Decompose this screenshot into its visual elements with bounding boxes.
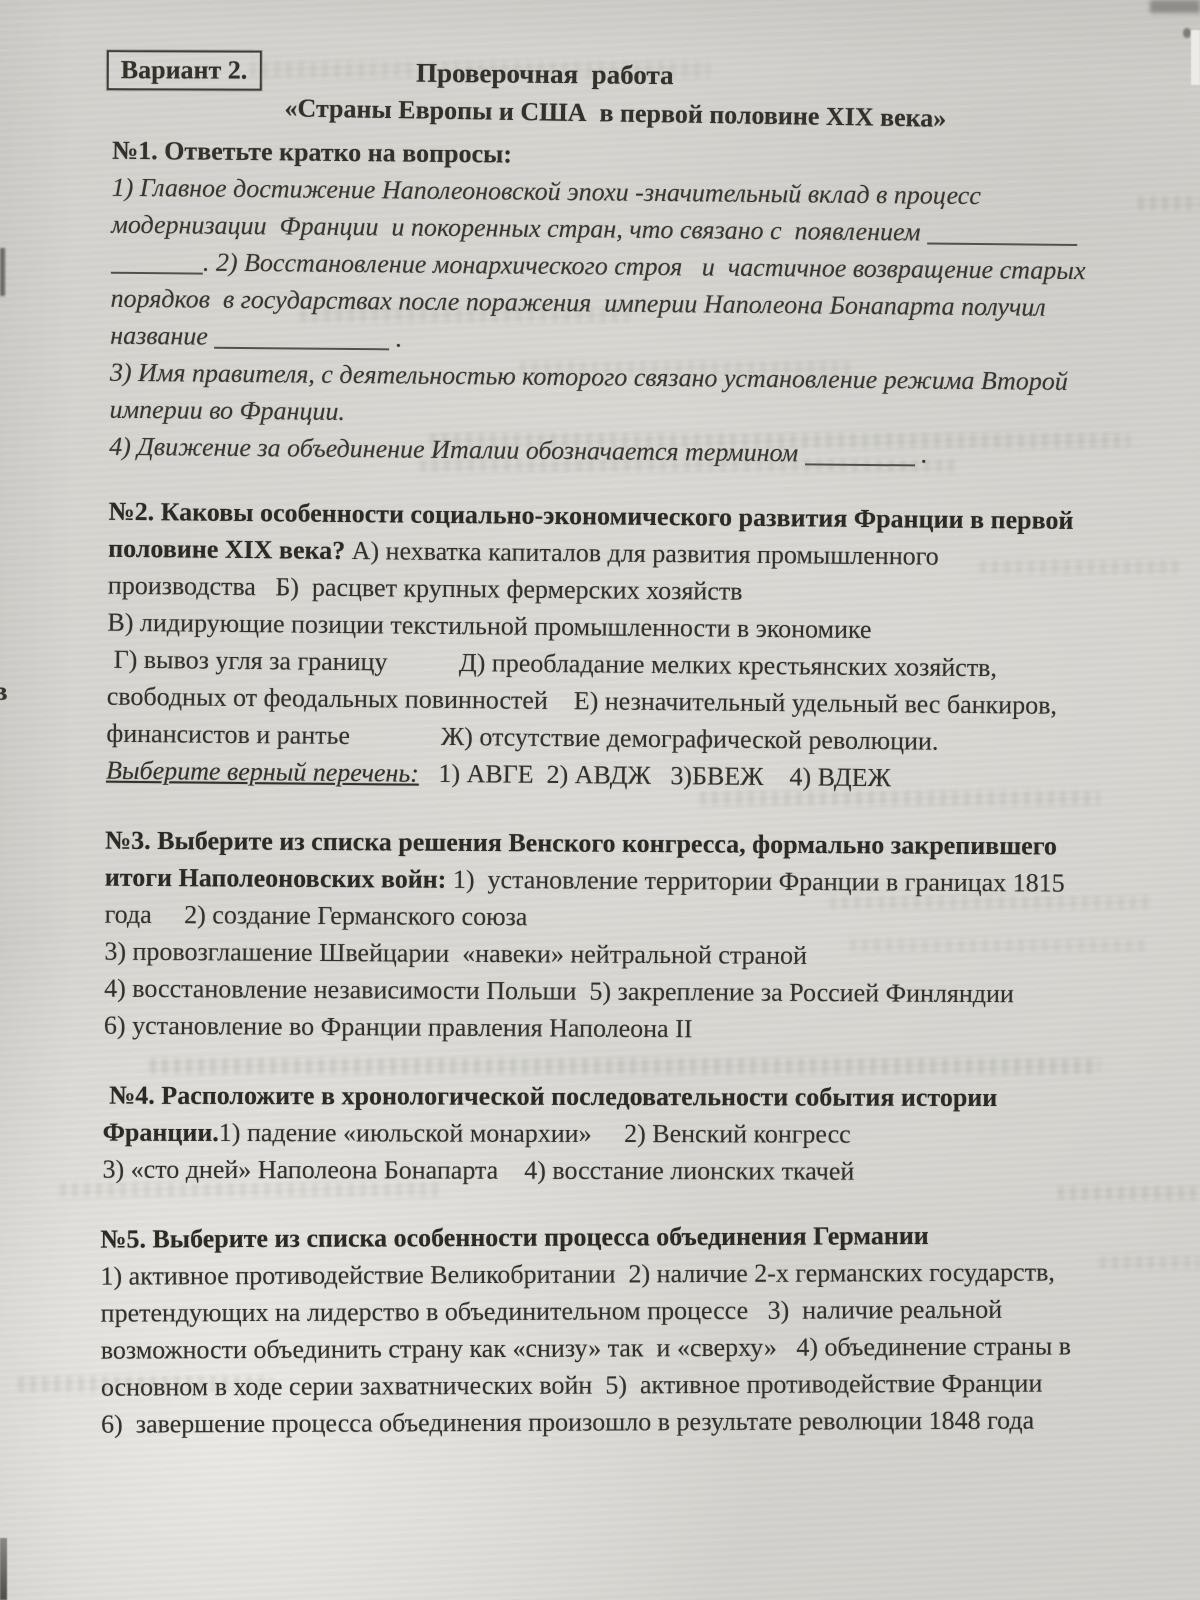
top-right-speck [1183,28,1191,38]
q5-item-line: 1) активное противодействие Великобритан… [100,1253,1136,1295]
q1-body: 1) Главное достижение Наполеоновской эпо… [109,169,1148,475]
q5-item-line: возможности объединить страну как «снизу… [101,1327,1137,1369]
scanned-test-paper: в Вариант 2. Проверочная работа «Страны … [0,0,1200,1600]
q5-item-line: 6) завершение процесса объединения произ… [101,1401,1137,1443]
top-right-edge-shadow [1150,0,1200,13]
q3-item-line: 6) установление во Франции правления Нап… [104,1007,1140,1050]
q3-item-line: года 2) создание Германского союза [105,896,1141,939]
q4-heading: №4. Расположите в хронологической послед… [103,1077,1139,1117]
q3-heading-item-1: итоги Наполеоновских войн: 1) установлен… [105,859,1141,902]
question-2: №2. Каковы особенности социально-экономи… [106,493,1145,799]
answer-blank [214,335,389,351]
variant-label: Вариант 2. [121,55,248,84]
answer-blank [927,231,1077,246]
q2-choices: 1) АВГЕ 2) АВДЖ 3)БВЕЖ 4) ВДЕЖ [419,759,891,793]
q2-choose-prompt: Выберите верный перечень: [106,756,419,788]
question-1: №1. Ответьте кратко на вопросы: 1) Главн… [109,132,1148,475]
q3-item-line: 3) провозглашение Швейцарии «навеки» ней… [104,933,1140,976]
question-5: №5. Выберите из списка особенности проце… [100,1216,1137,1443]
q5-item-line: основном в ходе серии захватнических вой… [101,1364,1137,1406]
bottom-left-edge-shadow [0,1538,7,1600]
right-edge-paper-sliver [1191,30,1200,85]
answer-blank [805,451,915,466]
question-4: №4. Расположите в хронологической послед… [102,1077,1138,1191]
left-edge-stray-glyph: в [0,676,8,707]
q3-heading: №3. Выберите из списка решения Венского … [105,822,1141,865]
q5-heading: №5. Выберите из списка особенности проце… [100,1216,1136,1258]
left-edge-mark [0,248,5,296]
test-page-content: Вариант 2. Проверочная работа «Страны Ев… [100,50,1149,1453]
q4-item-line: Франции.1) падение «июльской монархии» 2… [103,1114,1139,1154]
question-3: №3. Выберите из списка решения Венского … [104,822,1141,1050]
q4-item-line: 3) «сто дней» Наполеона Бонапарта 4) вос… [102,1151,1138,1191]
answer-blank [111,260,203,275]
variant-box: Вариант 2. [107,50,262,91]
q5-item-line: претендующих на лидерство в объединитель… [101,1290,1137,1332]
q3-item-line: 4) восстановление независимости Польши 5… [104,970,1140,1013]
